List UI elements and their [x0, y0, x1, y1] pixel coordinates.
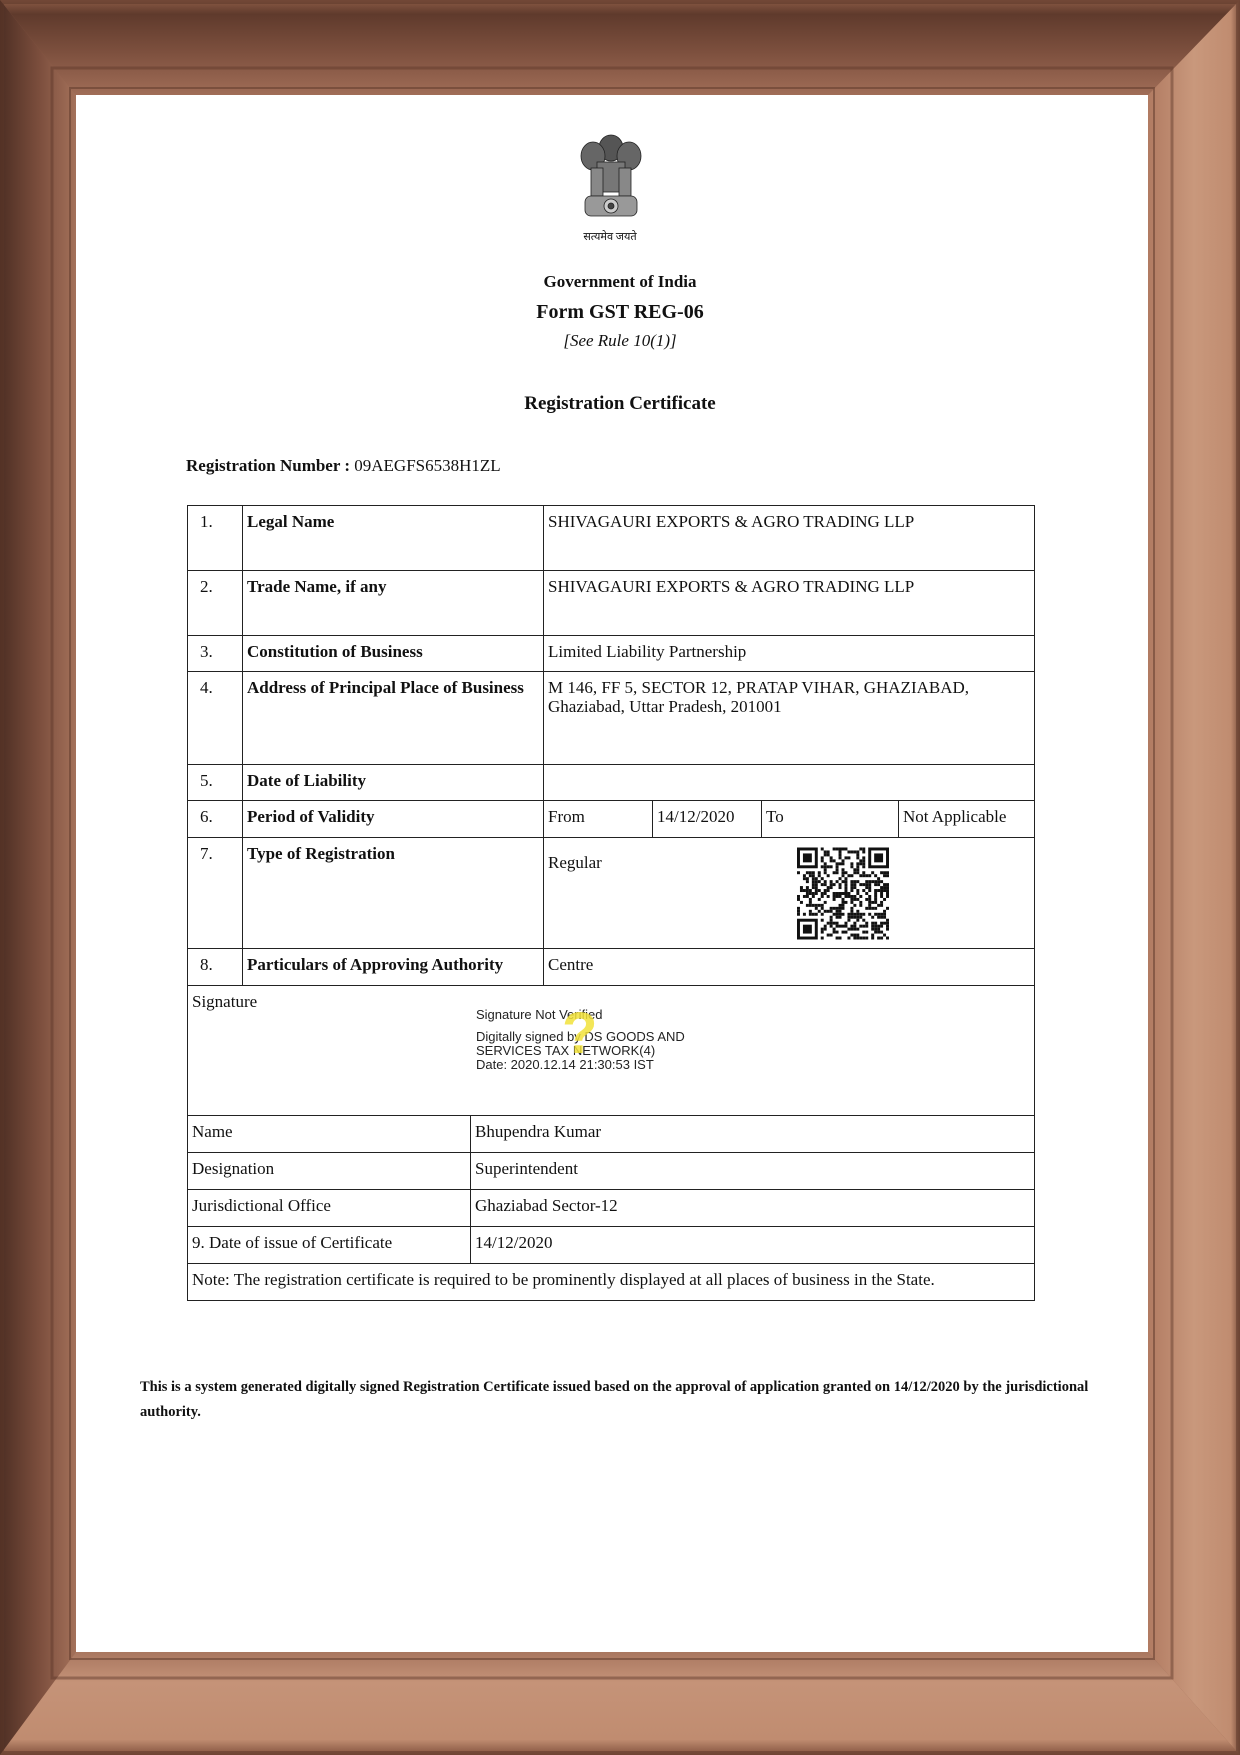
approving-authority-value: Centre: [543, 948, 1035, 986]
validity-to-value: Not Applicable: [898, 800, 1035, 838]
address-value: M 146, FF 5, SECTOR 12, PRATAP VIHAR, GH…: [543, 671, 1035, 765]
trade-name-value: SHIVAGAURI EXPORTS & AGRO TRADING LLP: [543, 570, 1035, 636]
row-number: 6.: [187, 800, 243, 838]
jurisdictional-office-value: Ghaziabad Sector-12: [470, 1189, 1035, 1227]
officer-name-value: Bhupendra Kumar: [470, 1115, 1035, 1153]
rule-reference: [See Rule 10(1)]: [0, 331, 1240, 351]
issue-date-value: 14/12/2020: [470, 1226, 1035, 1264]
issue-date-label: 9. Date of issue of Certificate: [187, 1226, 471, 1264]
row-number: 1.: [187, 505, 243, 571]
legal-name-label: Legal Name: [242, 505, 544, 571]
trade-name-label: Trade Name, if any: [242, 570, 544, 636]
form-name: Form GST REG-06: [0, 301, 1240, 324]
validity-from-label: From: [543, 800, 653, 838]
certificate-title: Registration Certificate: [0, 393, 1240, 415]
legal-name-value: SHIVAGAURI EXPORTS & AGRO TRADING LLP: [543, 505, 1035, 571]
registration-type-label: Type of Registration: [242, 837, 544, 949]
constitution-label: Constitution of Business: [242, 635, 544, 672]
designation-value: Superintendent: [470, 1152, 1035, 1190]
row-number: 3.: [187, 635, 243, 672]
government-heading: Government of India: [0, 272, 1240, 292]
national-emblem-icon: [575, 128, 647, 228]
officer-name-label: Name: [187, 1115, 471, 1153]
designation-label: Designation: [187, 1152, 471, 1190]
registration-number: Registration Number : 09AEGFS6538H1ZL: [186, 456, 501, 476]
row-number: 4.: [187, 671, 243, 765]
constitution-value: Limited Liability Partnership: [543, 635, 1035, 672]
signature-unverified-icon: ?: [562, 1005, 597, 1063]
registration-type-value: Regular: [543, 837, 1035, 949]
approving-authority-label: Particulars of Approving Authority: [242, 948, 544, 986]
row-number: 7.: [187, 837, 243, 949]
row-number: 8.: [187, 948, 243, 986]
system-generated-footer: This is a system generated digitally sig…: [140, 1375, 1100, 1425]
display-note: Note: The registration certificate is re…: [187, 1263, 1035, 1301]
qr-code-icon: [797, 847, 889, 940]
registration-number-label: Registration Number :: [186, 456, 350, 475]
date-of-liability-value: [543, 764, 1035, 801]
row-number: 5.: [187, 764, 243, 801]
row-number: 2.: [187, 570, 243, 636]
date-of-liability-label: Date of Liability: [242, 764, 544, 801]
jurisdictional-office-label: Jurisdictional Office: [187, 1189, 471, 1227]
validity-from-value: 14/12/2020: [652, 800, 762, 838]
validity-to-label: To: [761, 800, 899, 838]
validity-label: Period of Validity: [242, 800, 544, 838]
emblem-motto: सत्यमेव जयते: [560, 229, 660, 244]
registration-number-value: 09AEGFS6538H1ZL: [354, 456, 500, 475]
address-label: Address of Principal Place of Business: [242, 671, 544, 765]
